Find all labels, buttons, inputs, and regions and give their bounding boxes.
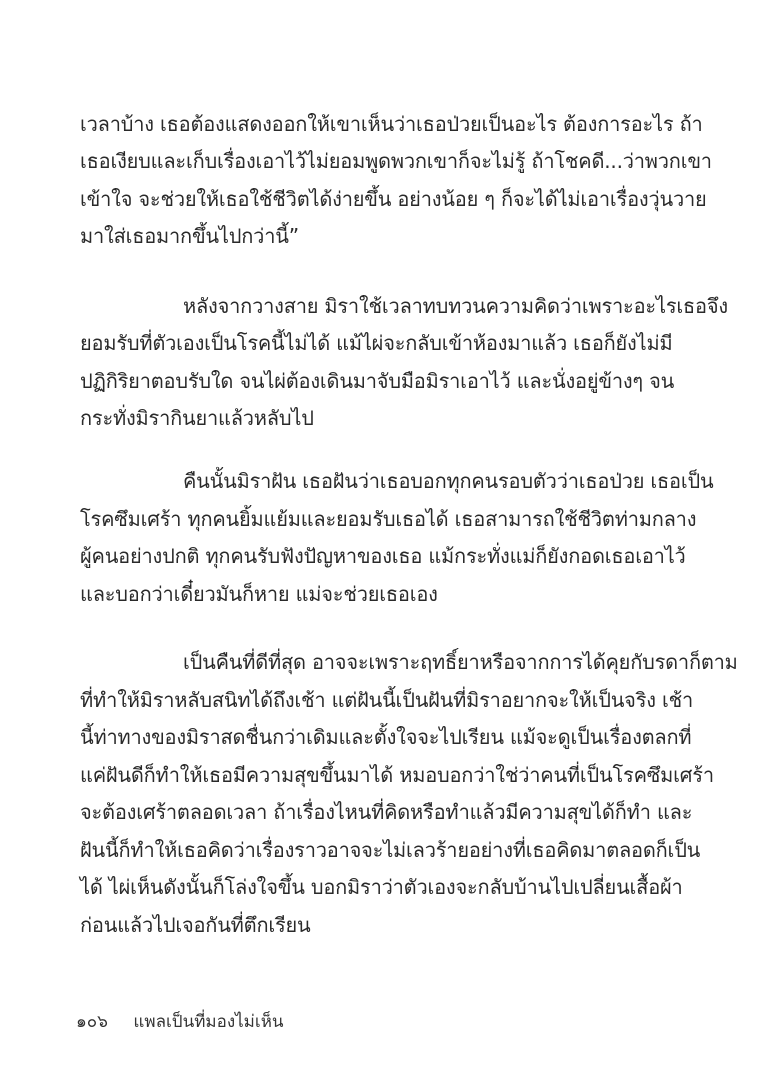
book-title: แพลเป็นที่มองไม่เห็น	[133, 1012, 283, 1032]
text-line: หลังจากวางสาย มิราใช้เวลาทบทวนความคิดว่า…	[183, 292, 728, 320]
text-line: และบอกว่าเดี๋ยวมันก็หาย แม่จะช่วยเธอเอง	[80, 580, 438, 608]
text-line: เข้าใจ จะช่วยให้เธอใช้ชีวิตได้ง่ายขึ้น อ…	[80, 185, 707, 213]
text-line: ปฏิกิริยาตอบรับใด จนไผ่ต้องเดินมาจับมือม…	[80, 367, 674, 395]
text-line: ยอมรับที่ตัวเองเป็นโรคนี้ไม่ได้ แม้ไผ่จะ…	[80, 329, 672, 357]
text-line: ก่อนแล้วไปเจอกันที่ตึกเรียน	[80, 911, 311, 939]
page-footer: ๑๐๖ แพลเป็นที่มองไม่เห็น	[76, 1010, 284, 1034]
book-page: เวลาบ้าง เธอต้องแสดงออกให้เขาเห็นว่าเธอป…	[0, 0, 768, 1089]
text-line: แค่ฝันดีก็ทำให้เธอมีความสุขขึ้นมาได้ หมอ…	[80, 761, 714, 789]
text-line: เธอเงียบและเก็บเรื่องเอาไว้ไม่ยอมพูดพวกเ…	[80, 147, 712, 175]
text-line: นี้ท่าทางของมิราสดชื่นกว่าเดิมและตั้งใจจ…	[80, 723, 691, 751]
text-line: ผู้คนอย่างปกติ ทุกคนรับฟังปัญหาของเธอ แม…	[80, 542, 686, 570]
text-line: โรคซึมเศร้า ทุกคนยิ้มแย้มและยอมรับเธอได้…	[80, 505, 696, 533]
text-line: จะต้องเศร้าตลอดเวลา ถ้าเรื่องไหนที่คิดหร…	[80, 798, 692, 826]
text-line: ได้ ไผ่เห็นดังนั้นก็โล่งใจขึ้น บอกมิราว่…	[80, 873, 683, 901]
text-line: กระทั่งมิรากินยาแล้วหลับไป	[80, 404, 314, 432]
page-number: ๑๐๖	[76, 1010, 128, 1034]
text-line: มาใส่เธอมากขึ้นไปกว่านี้”	[80, 222, 299, 250]
text-line: ฝันนี้ก็ทำให้เธอคิดว่าเรื่องราวอาจจะไม่เ…	[80, 836, 700, 864]
text-line: เวลาบ้าง เธอต้องแสดงออกให้เขาเห็นว่าเธอป…	[80, 110, 703, 138]
text-line: ที่ทำให้มิราหลับสนิทได้ถึงเช้า แต่ฝันนี้…	[80, 686, 693, 714]
text-line: เป็นคืนที่ดีที่สุด อาจจะเพราะฤทธิ์ยาหรือ…	[183, 648, 738, 676]
text-line: คืนนั้นมิราฝัน เธอฝันว่าเธอบอกทุกคนรอบตั…	[183, 467, 713, 495]
